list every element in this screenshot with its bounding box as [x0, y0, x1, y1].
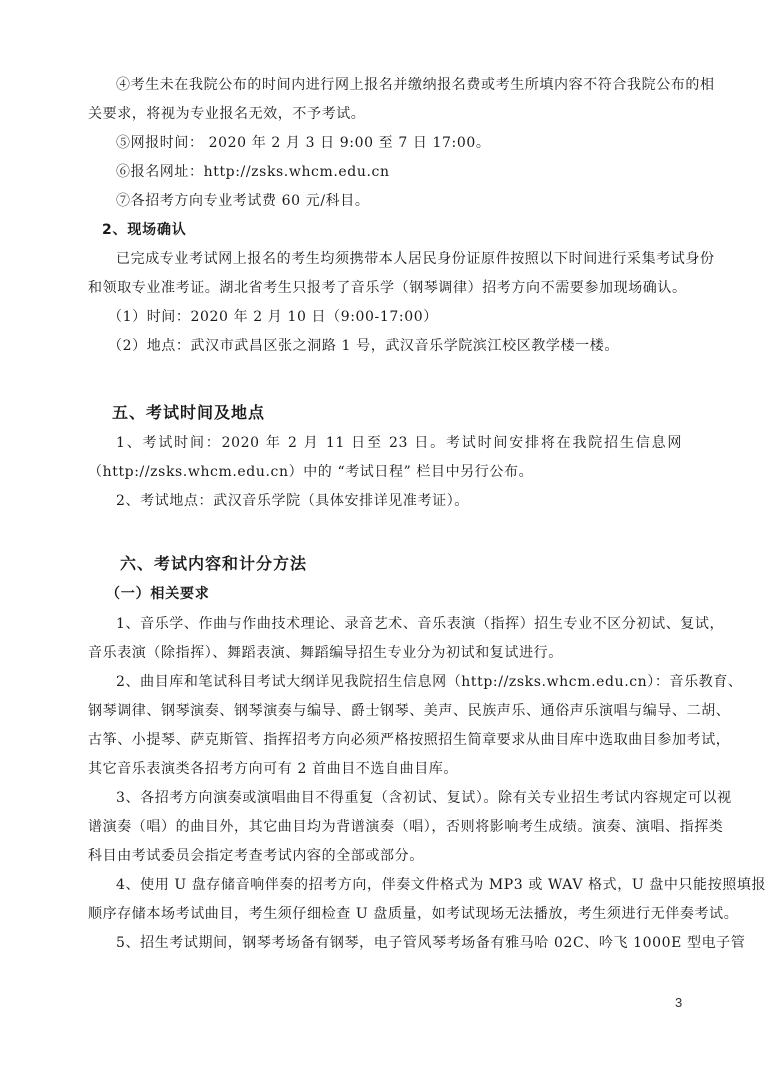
paragraph-line: ⑤网报时间： 2020 年 2 月 3 日 9:00 至 7 日 17:00。: [116, 134, 682, 152]
paragraph-line: 古筝、小提琴、萨克斯管、指挥招考方向必须严格按照招生简章要求从曲目库中选取曲目参…: [88, 731, 682, 749]
paragraph-line: 5、招生考试期间，钢琴考场备有钢琴，电子管风琴考场备有雅马哈 02C、吟飞 10…: [116, 934, 682, 952]
paragraph-line: ⑥报名网址：http://zsks.whcm.edu.cn: [116, 163, 682, 181]
paragraph-line: 钢琴调律、钢琴演奏、钢琴演奏与编导、爵士钢琴、美声、民族声乐、通俗声乐演唱与编导…: [88, 702, 682, 720]
paragraph-line: 1、音乐学、作曲与作曲技术理论、录音艺术、音乐表演（指挥）招生专业不区分初试、复…: [116, 615, 682, 633]
paragraph-line: （1）时间：2020 年 2 月 10 日（9:00-17:00）: [108, 308, 702, 326]
paragraph-line: （2）地点：武汉市武昌区张之洞路 1 号，武汉音乐学院滨江校区教学楼一楼。: [108, 337, 702, 355]
paragraph-line: 已完成专业考试网上报名的考生均须携带本人居民身份证原件按照以下时间进行采集考试身…: [116, 250, 682, 268]
subsection-heading: （一）相关要求: [106, 585, 700, 603]
paragraph-line: 和领取专业准考证。湖北省考生只报考了音乐学（钢琴调律）招考方向不需要参加现场确认…: [88, 279, 682, 297]
paragraph-line: ④考生未在我院公布的时间内进行网上报名并缴纳报名费或考生所填内容不符合我院公布的…: [116, 76, 682, 94]
paragraph-line: （http://zsks.whcm.edu.cn）中的 “考试日程” 栏目中另行…: [88, 463, 682, 481]
subsection-heading: 2、现场确认: [102, 221, 696, 239]
paragraph-line: ⑦各招考方向专业考试费 60 元/科目。: [116, 192, 682, 210]
paragraph-line: 3、各招考方向演奏或演唱曲目不得重复（含初试、复试）。除有关专业招生考试内容规定…: [116, 789, 682, 807]
paragraph-line: 4、使用 U 盘存储音响伴奏的招考方向，伴奏文件格式为 MP3 或 WAV 格式…: [116, 876, 682, 894]
section-heading: 五、考试时间及地点: [112, 404, 706, 422]
paragraph-line: 谱演奏（唱）的曲目外，其它曲目均为背谱演奏（唱），否则将影响考生成绩。演奏、演唱…: [88, 818, 682, 836]
section-heading: 六、考试内容和计分方法: [120, 555, 714, 573]
paragraph-line: 2、考试地点：武汉音乐学院（具体安排详见准考证）。: [116, 492, 682, 510]
page-number: 3: [675, 995, 682, 1010]
paragraph-line: 1、考试时间：2020 年 2 月 11 日至 23 日。考试时间安排将在我院招…: [116, 434, 682, 452]
paragraph-line: 其它音乐表演类各招考方向可有 2 首曲目不选自曲目库。: [88, 760, 682, 778]
paragraph-line: 2、曲目库和笔试科目考试大纲详见我院招生信息网（http://zsks.whcm…: [116, 673, 682, 691]
paragraph-line: 顺序存储本场考试曲目，考生须仔细检查 U 盘质量，如考试现场无法播放，考生须进行…: [88, 905, 682, 923]
paragraph-line: 关要求，将视为专业报名无效，不予考试。: [88, 105, 682, 123]
paragraph-line: 音乐表演（除指挥）、舞蹈表演、舞蹈编导招生专业分为初试和复试进行。: [88, 644, 682, 662]
paragraph-line: 科目由考试委员会指定考查考试内容的全部或部分。: [88, 847, 682, 865]
